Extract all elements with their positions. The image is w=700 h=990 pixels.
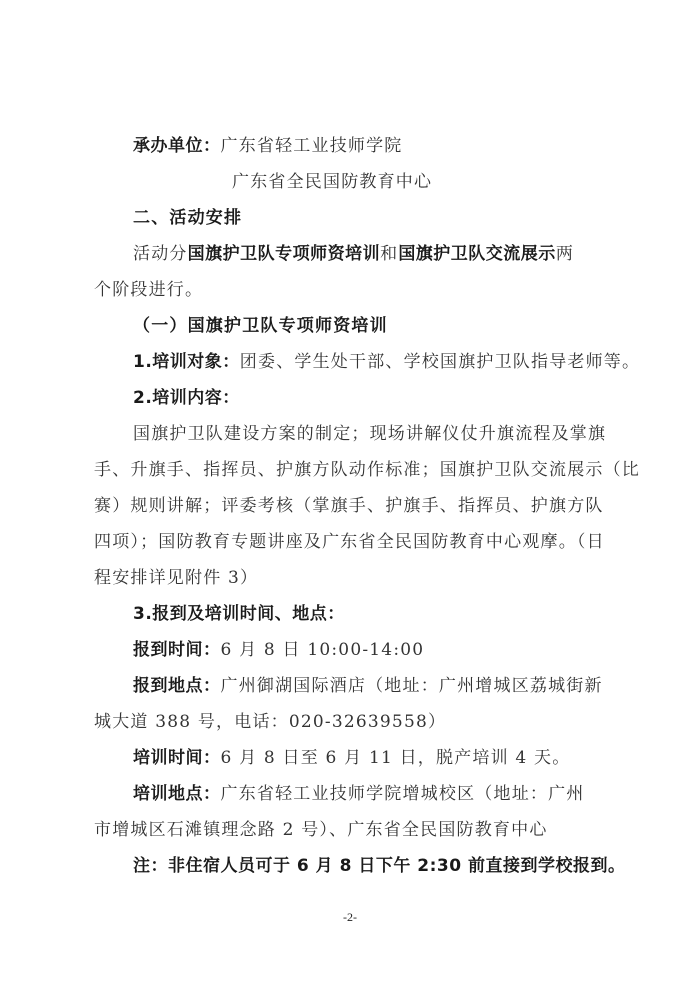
- checkin-place-line-1: 报到地点：广州御湖国际酒店（地址：广州增城区荔城街新: [133, 675, 653, 697]
- training-time-label: 培训时间：: [133, 748, 221, 768]
- checkin-time-label: 报到时间：: [133, 640, 221, 660]
- intro-post: 两: [556, 244, 574, 264]
- section-heading: 二、活动安排: [133, 207, 653, 229]
- subsection-heading: （一）国旗护卫队专项师资培训: [133, 315, 653, 337]
- note-line: 注：非住宿人员可于 6 月 8 日下午 2:30 前直接到学校报到。: [133, 855, 653, 877]
- document-page: 承办单位：广东省轻工业技师学院 广东省全民国防教育中心 二、活动安排 活动分国旗…: [0, 0, 700, 990]
- intro-pre: 活动分: [133, 244, 188, 264]
- training-time-line: 培训时间：6 月 8 日至 6 月 11 日，脱产培训 4 天。: [133, 747, 653, 769]
- intro-bold-training: 国旗护卫队专项师资培训: [188, 244, 381, 264]
- intro-line-2: 个阶段进行。: [94, 279, 614, 301]
- item1-line: 1.培训对象：团委、学生处干部、学校国旗护卫队指导老师等。: [133, 351, 653, 373]
- organizer-unit-2: 广东省全民国防教育中心: [232, 172, 432, 192]
- organizer-label: 承办单位：: [133, 136, 221, 156]
- checkin-place-label: 报到地点：: [133, 676, 221, 696]
- organizer-line-1: 承办单位：广东省轻工业技师学院: [133, 135, 653, 157]
- training-place-label: 培训地点：: [133, 784, 221, 804]
- item2-line-2: 手、升旗手、指挥员、护旗方队动作标准；国旗护卫队交流展示（比: [94, 459, 614, 481]
- checkin-place-value: 广州御湖国际酒店（地址：广州增城区荔城街新: [221, 676, 603, 696]
- training-place-value: 广东省轻工业技师学院增城校区（地址：广州: [221, 784, 585, 804]
- intro-mid: 和: [380, 244, 398, 264]
- training-place-line-1: 培训地点：广东省轻工业技师学院增城校区（地址：广州: [133, 783, 653, 805]
- training-time-value: 6 月 8 日至 6 月 11 日，脱产培训 4 天。: [221, 748, 571, 768]
- checkin-time-line: 报到时间：6 月 8 日 10:00-14:00: [133, 639, 653, 661]
- item2-line-1: 国旗护卫队建设方案的制定；现场讲解仪仗升旗流程及掌旗: [133, 423, 653, 445]
- intro-line-1: 活动分国旗护卫队专项师资培训和国旗护卫队交流展示两: [133, 243, 653, 265]
- item2-line-3: 赛）规则讲解；评委考核（掌旗手、护旗手、指挥员、护旗方队: [94, 495, 614, 517]
- checkin-time-value: 6 月 8 日 10:00-14:00: [221, 640, 425, 660]
- item2-line-5: 程安排详见附件 3）: [94, 567, 614, 589]
- page-number: -2-: [0, 910, 700, 925]
- organizer-line-2: 广东省全民国防教育中心: [232, 171, 700, 193]
- checkin-place-line-2: 城大道 388 号，电话：020-32639558）: [94, 711, 614, 733]
- organizer-unit-1: 广东省轻工业技师学院: [221, 136, 403, 156]
- item2-line-4: 四项）；国防教育专题讲座及广东省全民国防教育中心观摩。（日: [94, 531, 614, 553]
- item3-label: 3.报到及培训时间、地点：: [133, 603, 653, 625]
- intro-bold-showcase: 国旗护卫队交流展示: [398, 244, 556, 264]
- item2-label: 2.培训内容：: [133, 387, 653, 409]
- item1-label: 1.培训对象：: [133, 352, 240, 372]
- item1-text: 团委、学生处干部、学校国旗护卫队指导老师等。: [240, 352, 640, 372]
- training-place-line-2: 市增城区石滩镇理念路 2 号）、广东省全民国防教育中心: [94, 819, 614, 841]
